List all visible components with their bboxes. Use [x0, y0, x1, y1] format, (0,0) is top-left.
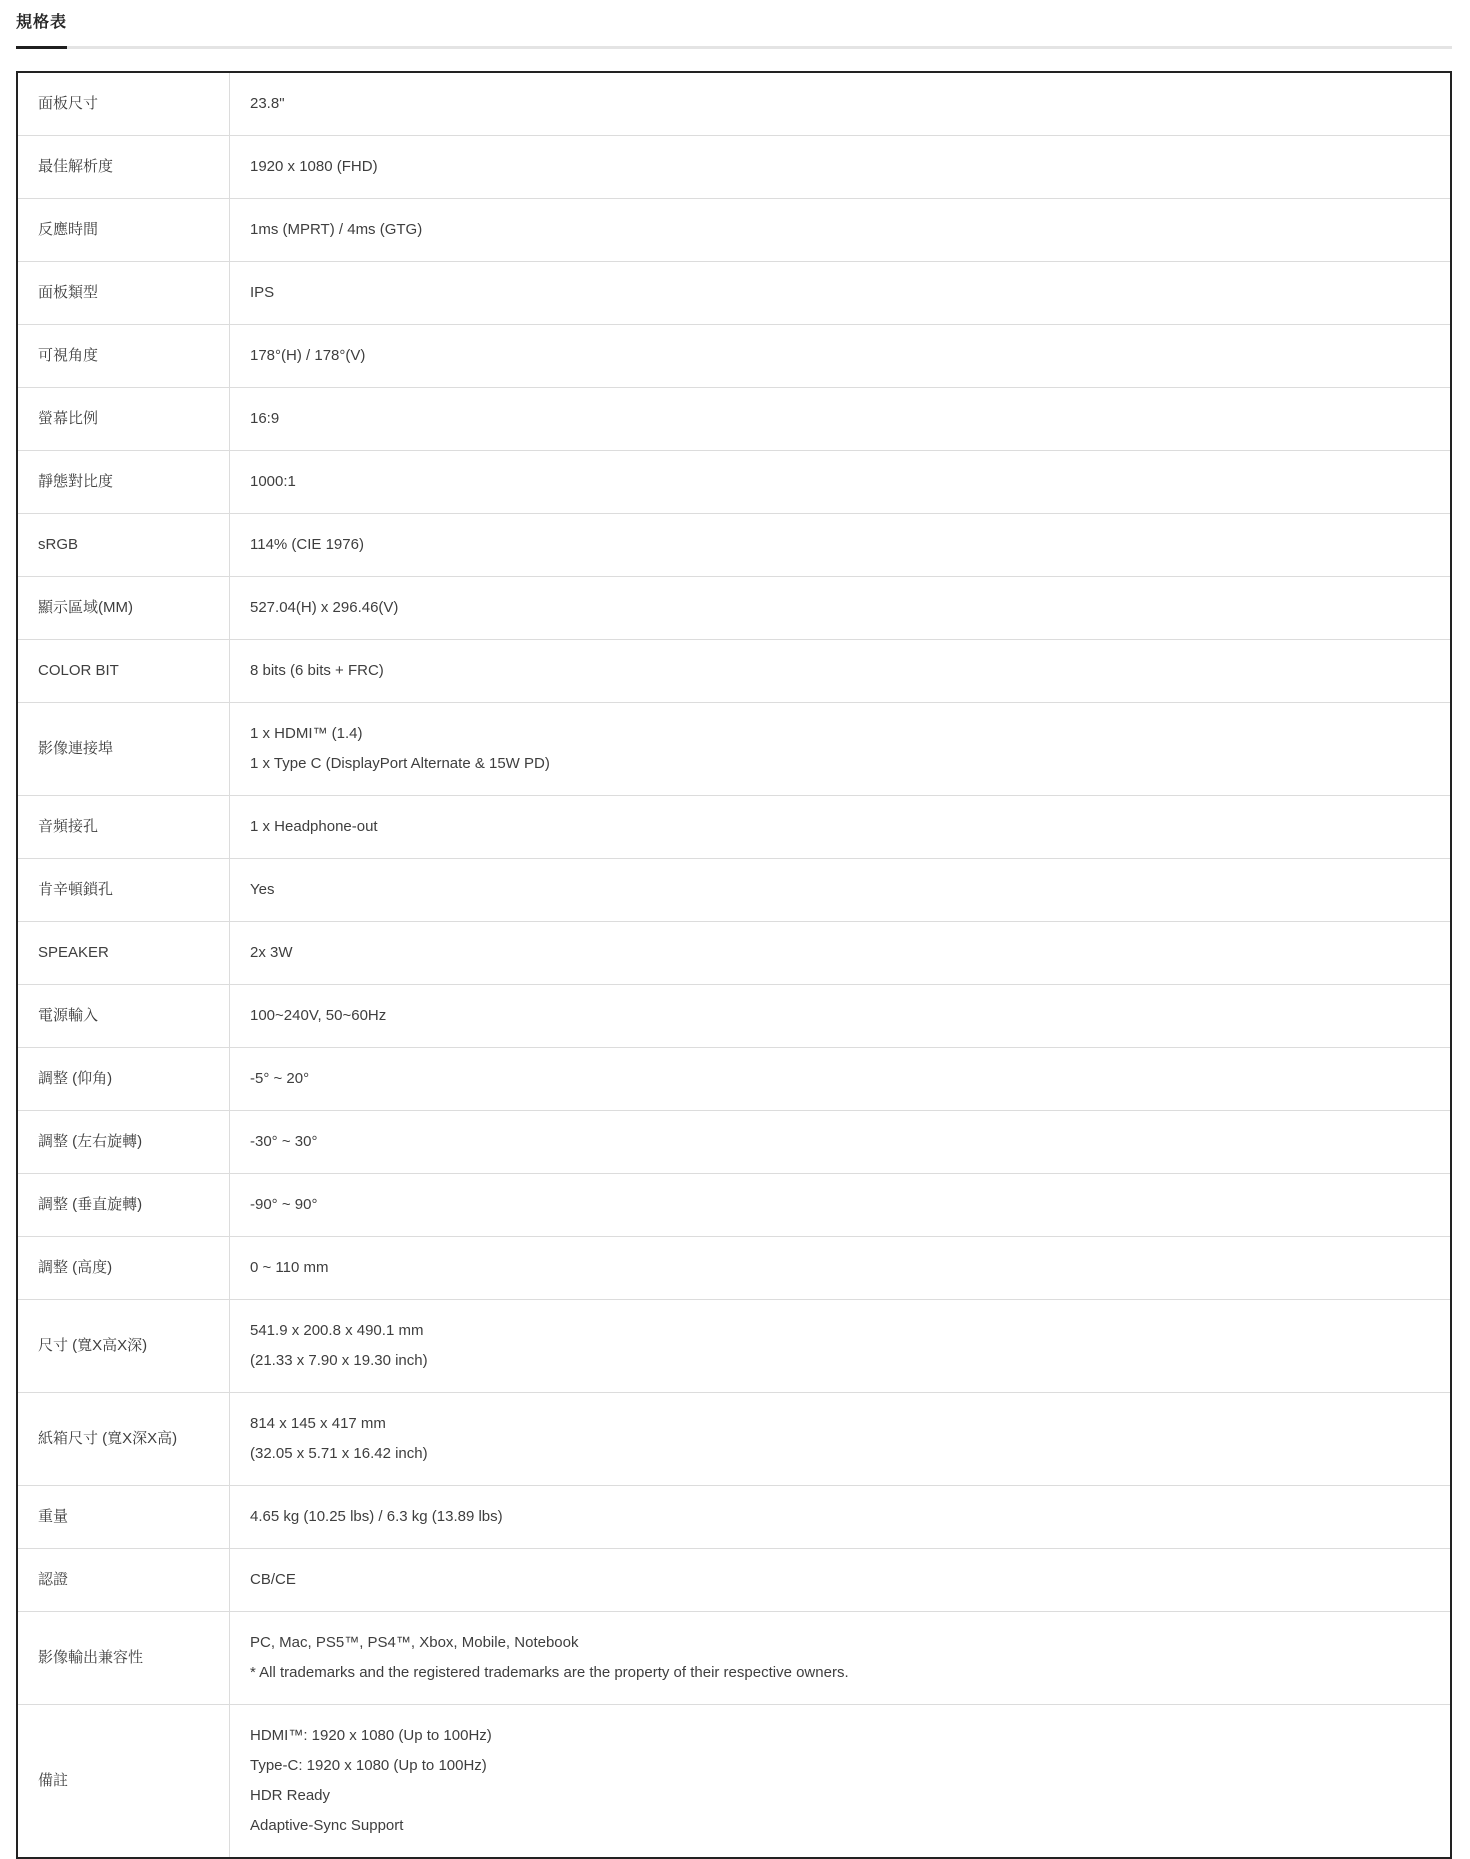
spec-table-row: 影像連接埠 1 x HDMI™ (1.4)1 x Type C (Display…: [18, 702, 1450, 795]
spec-label: SPEAKER: [38, 938, 109, 968]
spec-label-cell: 影像連接埠: [18, 703, 230, 795]
spec-value-line: CB/CE: [250, 1565, 1426, 1595]
spec-label-cell: 調整 (高度): [18, 1237, 230, 1299]
spec-value-cell: 1920 x 1080 (FHD): [230, 136, 1450, 198]
spec-value-cell: 100~240V, 50~60Hz: [230, 985, 1450, 1047]
spec-label: 紙箱尺寸 (寬X深X高): [38, 1424, 177, 1454]
spec-label-cell: 最佳解析度: [18, 136, 230, 198]
spec-label-cell: 可視角度: [18, 325, 230, 387]
spec-table-row: 最佳解析度 1920 x 1080 (FHD): [18, 135, 1450, 198]
spec-table-row: sRGB 114% (CIE 1976): [18, 513, 1450, 576]
spec-value-cell: 814 x 145 x 417 mm(32.05 x 5.71 x 16.42 …: [230, 1393, 1450, 1485]
spec-value-line: 23.8": [250, 89, 1426, 119]
spec-label-cell: 顯示區域(MM): [18, 577, 230, 639]
spec-value-line: 16:9: [250, 404, 1426, 434]
spec-value-line: 1 x Headphone-out: [250, 812, 1426, 842]
spec-label: 肯辛頓鎖孔: [38, 875, 113, 905]
spec-value-cell: 1ms (MPRT) / 4ms (GTG): [230, 199, 1450, 261]
spec-value-cell: -30° ~ 30°: [230, 1111, 1450, 1173]
spec-label: 螢幕比例: [38, 404, 98, 434]
spec-label-cell: 螢幕比例: [18, 388, 230, 450]
spec-table-row: 影像輸出兼容性 PC, Mac, PS5™, PS4™, Xbox, Mobil…: [18, 1611, 1450, 1704]
spec-value-cell: IPS: [230, 262, 1450, 324]
spec-value-line: HDR Ready: [250, 1781, 1426, 1811]
spec-table-row: 顯示區域(MM) 527.04(H) x 296.46(V): [18, 576, 1450, 639]
spec-value-cell: 541.9 x 200.8 x 490.1 mm(21.33 x 7.90 x …: [230, 1300, 1450, 1392]
spec-table-row: 備註 HDMI™: 1920 x 1080 (Up to 100Hz)Type-…: [18, 1704, 1450, 1857]
spec-value-cell: HDMI™: 1920 x 1080 (Up to 100Hz)Type-C: …: [230, 1705, 1450, 1857]
spec-table-row: 可視角度 178°(H) / 178°(V): [18, 324, 1450, 387]
spec-label: 最佳解析度: [38, 152, 113, 182]
tab-specifications[interactable]: 規格表: [16, 12, 67, 49]
spec-value-line: 1 x HDMI™ (1.4): [250, 719, 1426, 749]
spec-label-cell: 認證: [18, 1549, 230, 1611]
spec-label-cell: 電源輸入: [18, 985, 230, 1047]
spec-table-row: 螢幕比例 16:9: [18, 387, 1450, 450]
spec-value-line: 114% (CIE 1976): [250, 530, 1426, 560]
spec-value-line: (21.33 x 7.90 x 19.30 inch): [250, 1346, 1426, 1376]
spec-label-cell: 紙箱尺寸 (寬X深X高): [18, 1393, 230, 1485]
spec-value-line: -90° ~ 90°: [250, 1190, 1426, 1220]
spec-value-line: * All trademarks and the registered trad…: [250, 1658, 1426, 1688]
spec-value-line: 527.04(H) x 296.46(V): [250, 593, 1426, 623]
spec-value-cell: PC, Mac, PS5™, PS4™, Xbox, Mobile, Noteb…: [230, 1612, 1450, 1704]
spec-table-row: 肯辛頓鎖孔 Yes: [18, 858, 1450, 921]
spec-value-line: 100~240V, 50~60Hz: [250, 1001, 1426, 1031]
spec-label: 尺寸 (寬X高X深): [38, 1331, 147, 1361]
spec-value-cell: -90° ~ 90°: [230, 1174, 1450, 1236]
spec-value-line: Yes: [250, 875, 1426, 905]
spec-table-row: 靜態對比度 1000:1: [18, 450, 1450, 513]
spec-table-row: 紙箱尺寸 (寬X深X高) 814 x 145 x 417 mm(32.05 x …: [18, 1392, 1450, 1485]
spec-label: 反應時間: [38, 215, 98, 245]
spec-table-row: COLOR BIT 8 bits (6 bits + FRC): [18, 639, 1450, 702]
spec-value-line: 0 ~ 110 mm: [250, 1253, 1426, 1283]
spec-table-row: 面板尺寸 23.8": [18, 73, 1450, 135]
spec-label: 面板尺寸: [38, 89, 98, 119]
spec-value-cell: 8 bits (6 bits + FRC): [230, 640, 1450, 702]
spec-table-row: 調整 (仰角) -5° ~ 20°: [18, 1047, 1450, 1110]
spec-table-row: 面板類型 IPS: [18, 261, 1450, 324]
spec-table-row: 調整 (高度) 0 ~ 110 mm: [18, 1236, 1450, 1299]
spec-table-row: 重量 4.65 kg (10.25 lbs) / 6.3 kg (13.89 l…: [18, 1485, 1450, 1548]
spec-label: 影像輸出兼容性: [38, 1643, 143, 1673]
spec-value-cell: 178°(H) / 178°(V): [230, 325, 1450, 387]
spec-table-row: 尺寸 (寬X高X深) 541.9 x 200.8 x 490.1 mm(21.3…: [18, 1299, 1450, 1392]
spec-value-line: 4.65 kg (10.25 lbs) / 6.3 kg (13.89 lbs): [250, 1502, 1426, 1532]
spec-table-row: 電源輸入 100~240V, 50~60Hz: [18, 984, 1450, 1047]
spec-label: 認證: [38, 1565, 68, 1595]
spec-label: 調整 (垂直旋轉): [38, 1190, 142, 1220]
spec-value-line: 2x 3W: [250, 938, 1426, 968]
spec-value-line: 1920 x 1080 (FHD): [250, 152, 1426, 182]
spec-label: 影像連接埠: [38, 734, 113, 764]
spec-value-cell: 114% (CIE 1976): [230, 514, 1450, 576]
spec-label-cell: SPEAKER: [18, 922, 230, 984]
spec-value-line: -5° ~ 20°: [250, 1064, 1426, 1094]
spec-value-line: 541.9 x 200.8 x 490.1 mm: [250, 1316, 1426, 1346]
spec-label-cell: 肯辛頓鎖孔: [18, 859, 230, 921]
spec-value-line: HDMI™: 1920 x 1080 (Up to 100Hz): [250, 1721, 1426, 1751]
spec-label-cell: 調整 (垂直旋轉): [18, 1174, 230, 1236]
spec-value-cell: 1 x Headphone-out: [230, 796, 1450, 858]
spec-value-line: Type-C: 1920 x 1080 (Up to 100Hz): [250, 1751, 1426, 1781]
spec-value-line: PC, Mac, PS5™, PS4™, Xbox, Mobile, Noteb…: [250, 1628, 1426, 1658]
spec-label: 備註: [38, 1766, 68, 1796]
spec-value-cell: 527.04(H) x 296.46(V): [230, 577, 1450, 639]
spec-value-line: Adaptive-Sync Support: [250, 1811, 1426, 1841]
spec-label-cell: COLOR BIT: [18, 640, 230, 702]
spec-table-row: 調整 (垂直旋轉) -90° ~ 90°: [18, 1173, 1450, 1236]
spec-label-cell: 音頻接孔: [18, 796, 230, 858]
spec-label-cell: 影像輸出兼容性: [18, 1612, 230, 1704]
spec-value-cell: -5° ~ 20°: [230, 1048, 1450, 1110]
spec-label-cell: 重量: [18, 1486, 230, 1548]
spec-label-cell: 調整 (左右旋轉): [18, 1111, 230, 1173]
spec-value-line: 1000:1: [250, 467, 1426, 497]
spec-value-line: 814 x 145 x 417 mm: [250, 1409, 1426, 1439]
spec-value-line: -30° ~ 30°: [250, 1127, 1426, 1157]
spec-table: 面板尺寸 23.8" 最佳解析度 1920 x 1080 (FHD) 反應時間 …: [16, 71, 1452, 1859]
spec-label: 電源輸入: [38, 1001, 98, 1031]
spec-value-cell: 4.65 kg (10.25 lbs) / 6.3 kg (13.89 lbs): [230, 1486, 1450, 1548]
spec-value-cell: 1 x HDMI™ (1.4)1 x Type C (DisplayPort A…: [230, 703, 1450, 795]
spec-label-cell: 備註: [18, 1705, 230, 1857]
spec-value-cell: 23.8": [230, 73, 1450, 135]
spec-value-line: 8 bits (6 bits + FRC): [250, 656, 1426, 686]
spec-label-cell: sRGB: [18, 514, 230, 576]
spec-table-row: 音頻接孔 1 x Headphone-out: [18, 795, 1450, 858]
spec-label-cell: 面板類型: [18, 262, 230, 324]
spec-value-cell: 16:9: [230, 388, 1450, 450]
spec-value-cell: 0 ~ 110 mm: [230, 1237, 1450, 1299]
spec-label: 可視角度: [38, 341, 98, 371]
spec-label: 顯示區域(MM): [38, 593, 133, 623]
spec-label: 面板類型: [38, 278, 98, 308]
spec-value-cell: 2x 3W: [230, 922, 1450, 984]
spec-label: 重量: [38, 1502, 68, 1532]
spec-value-line: 1 x Type C (DisplayPort Alternate & 15W …: [250, 749, 1426, 779]
spec-value-line: IPS: [250, 278, 1426, 308]
spec-label: 調整 (仰角): [38, 1064, 112, 1094]
spec-section-header: 規格表: [16, 12, 1452, 49]
spec-label: sRGB: [38, 530, 78, 560]
product-spec-page: 規格表 面板尺寸 23.8" 最佳解析度 1920 x 1080 (FHD) 反…: [0, 0, 1470, 1859]
spec-label-cell: 調整 (仰角): [18, 1048, 230, 1110]
spec-value-cell: 1000:1: [230, 451, 1450, 513]
spec-value-line: 178°(H) / 178°(V): [250, 341, 1426, 371]
spec-label-cell: 面板尺寸: [18, 73, 230, 135]
spec-table-row: 調整 (左右旋轉) -30° ~ 30°: [18, 1110, 1450, 1173]
spec-label-cell: 反應時間: [18, 199, 230, 261]
spec-label: COLOR BIT: [38, 656, 119, 686]
spec-label: 音頻接孔: [38, 812, 98, 842]
spec-label-cell: 靜態對比度: [18, 451, 230, 513]
spec-label-cell: 尺寸 (寬X高X深): [18, 1300, 230, 1392]
spec-label: 調整 (高度): [38, 1253, 112, 1283]
spec-table-row: SPEAKER 2x 3W: [18, 921, 1450, 984]
spec-value-cell: CB/CE: [230, 1549, 1450, 1611]
spec-label: 靜態對比度: [38, 467, 113, 497]
spec-value-line: (32.05 x 5.71 x 16.42 inch): [250, 1439, 1426, 1469]
spec-value-cell: Yes: [230, 859, 1450, 921]
spec-value-line: 1ms (MPRT) / 4ms (GTG): [250, 215, 1426, 245]
spec-label: 調整 (左右旋轉): [38, 1127, 142, 1157]
spec-table-row: 認證 CB/CE: [18, 1548, 1450, 1611]
spec-table-row: 反應時間 1ms (MPRT) / 4ms (GTG): [18, 198, 1450, 261]
